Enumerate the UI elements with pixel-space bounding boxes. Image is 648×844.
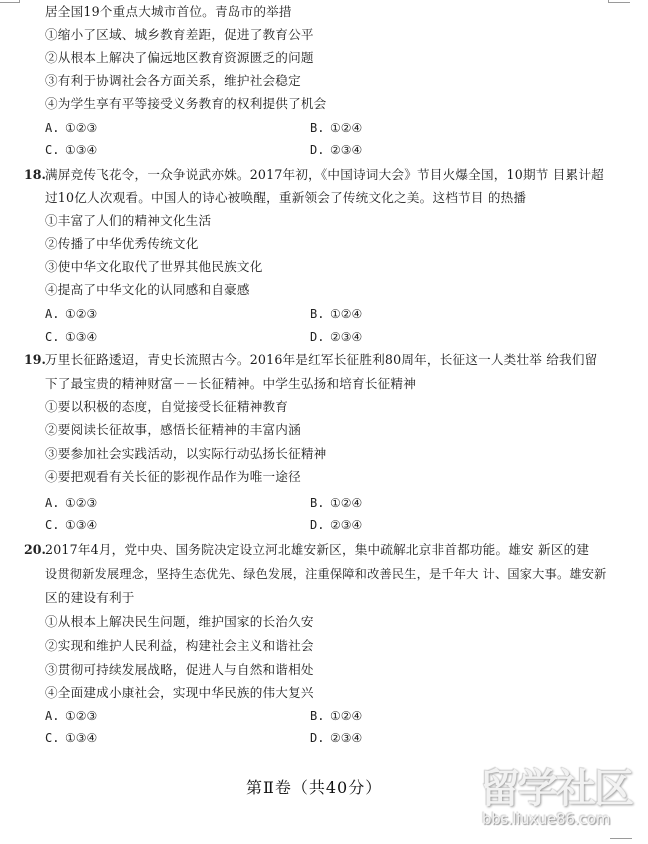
question-stem-line: 下了最宝贵的精神财富－－长征精神。中学生弘扬和培育长征精神 — [45, 376, 416, 392]
option-letter: D. — [310, 730, 330, 746]
question-stem-line: 居全国19个重点大城市首位。青岛市的举措 — [45, 4, 292, 20]
option-letter: A. — [45, 120, 65, 136]
question-stem-line: 区的建设有利于 — [45, 590, 135, 606]
statement-item-3: ③贯彻可持续发展战略，促进人与自然和谐相处 — [45, 662, 314, 678]
statement-item-3: ③使中华文化取代了世界其他民族文化 — [45, 259, 263, 275]
option-letter: A. — [45, 495, 65, 511]
option-letter: B. — [310, 306, 330, 322]
statement-item-2: ②实现和维护人民利益，构建社会主义和谐社会 — [45, 638, 314, 654]
option-value: ①②④ — [330, 709, 362, 723]
section-title: 第Ⅱ卷（共40分） — [246, 778, 382, 798]
option-letter: C. — [45, 142, 65, 158]
statement-item-4: ④全面建成小康社会，实现中华民族的伟大复兴 — [45, 685, 314, 701]
option-letter: B. — [310, 120, 330, 136]
statement-item-1: ①从根本上解决民生问题，维护国家的长治久安 — [45, 614, 314, 630]
statement-item-1: ①要以积极的态度，自觉接受长征精神教育 — [45, 399, 288, 415]
option-b: B.①②④ — [310, 120, 362, 136]
option-d: D.②③④ — [310, 142, 362, 158]
option-letter: A. — [45, 708, 65, 724]
option-value: ①②③ — [65, 709, 97, 723]
option-value: ②③④ — [330, 330, 362, 344]
option-d: D.②③④ — [310, 517, 362, 533]
option-c: C.①③④ — [45, 142, 97, 158]
option-letter: D. — [310, 142, 330, 158]
option-b: B.①②④ — [310, 495, 362, 511]
option-a: A.①②③ — [45, 708, 97, 724]
option-a: A.①②③ — [45, 495, 97, 511]
option-value: ①②④ — [330, 496, 362, 510]
statement-item-2: ②传播了中华优秀传统文化 — [45, 236, 199, 252]
option-value: ①②③ — [65, 121, 97, 135]
statement-item-2: ②从根本上解决了偏远地区教育资源匮乏的问题 — [45, 50, 314, 66]
option-value: ①③④ — [65, 143, 97, 157]
option-letter: B. — [310, 708, 330, 724]
option-value: ①③④ — [65, 518, 97, 532]
watermark-url: bbs.liuxue86.com — [482, 810, 610, 828]
option-letter: C. — [45, 730, 65, 746]
page-crop-mark-bottom-right — [610, 838, 632, 839]
option-value: ①②③ — [65, 496, 97, 510]
question-number: 18. — [24, 167, 46, 183]
statement-item-1: ①丰富了人们的精神文化生活 — [45, 213, 211, 229]
statement-item-2: ②要阅读长征故事，感悟长征精神的丰富内涵 — [45, 422, 301, 438]
statement-item-3: ③有利于协调社会各方面关系，维护社会稳定 — [45, 73, 301, 89]
watermark-logo-text: 留学社区 — [480, 768, 632, 810]
option-letter: D. — [310, 329, 330, 345]
page-crop-mark-top-left — [0, 2, 20, 3]
option-value: ①②③ — [65, 307, 97, 321]
option-c: C.①③④ — [45, 329, 97, 345]
option-a: A.①②③ — [45, 120, 97, 136]
option-letter: C. — [45, 517, 65, 533]
option-value: ①③④ — [65, 731, 97, 745]
option-letter: B. — [310, 495, 330, 511]
option-letter: C. — [45, 329, 65, 345]
question-stem-line: 万里长征路逶迢，青史长流照古今。2016年是红军长征胜利80周年，长征这一人类壮… — [45, 352, 597, 368]
option-d: D.②③④ — [310, 329, 362, 345]
question-stem-line: 2017年4月，党中央、国务院决定设立河北雄安新区，集中疏解北京非首都功能。雄安… — [45, 542, 589, 558]
option-value: ①③④ — [65, 330, 97, 344]
option-letter: A. — [45, 306, 65, 322]
question-stem-line: 满屏竞传飞花令，一众争说武亦姝。2017年初，《中国诗词大会》节目火爆全国，10… — [45, 167, 604, 183]
statement-item-1: ①缩小了区域、城乡教育差距，促进了教育公平 — [45, 27, 314, 43]
question-stem-line: 设贯彻新发展理念，坚持生态优先、绿色发展，注重保障和改善民生，是千年大 计、国家… — [45, 566, 607, 582]
statement-item-4: ④提高了中华文化的认同感和自豪感 — [45, 282, 250, 298]
option-value: ①②④ — [330, 307, 362, 321]
option-value: ②③④ — [330, 143, 362, 157]
question-stem-line: 过10亿人次观看。中国人的诗心被唤醒，重新领会了传统文化之美。这档节目 的热播 — [45, 190, 526, 206]
option-b: B.①②④ — [310, 708, 362, 724]
question-number: 19. — [24, 352, 46, 368]
option-a: A.①②③ — [45, 306, 97, 322]
statement-item-3: ③要参加社会实践活动，以实际行动弘扬长征精神 — [45, 446, 326, 462]
option-value: ①②④ — [330, 121, 362, 135]
option-letter: D. — [310, 517, 330, 533]
option-value: ②③④ — [330, 731, 362, 745]
statement-item-4: ④为学生享有平等接受义务教育的权利提供了机会 — [45, 96, 326, 112]
option-value: ②③④ — [330, 518, 362, 532]
watermark: 留学社区 bbs.liuxue86.com — [478, 768, 638, 832]
option-d: D.②③④ — [310, 730, 362, 746]
option-c: C.①③④ — [45, 730, 97, 746]
page-crop-mark-top-right — [608, 2, 630, 3]
option-c: C.①③④ — [45, 517, 97, 533]
option-b: B.①②④ — [310, 306, 362, 322]
statement-item-4: ④要把观看有关长征的影视作品作为唯一途径 — [45, 469, 301, 485]
question-number: 20. — [24, 542, 46, 558]
